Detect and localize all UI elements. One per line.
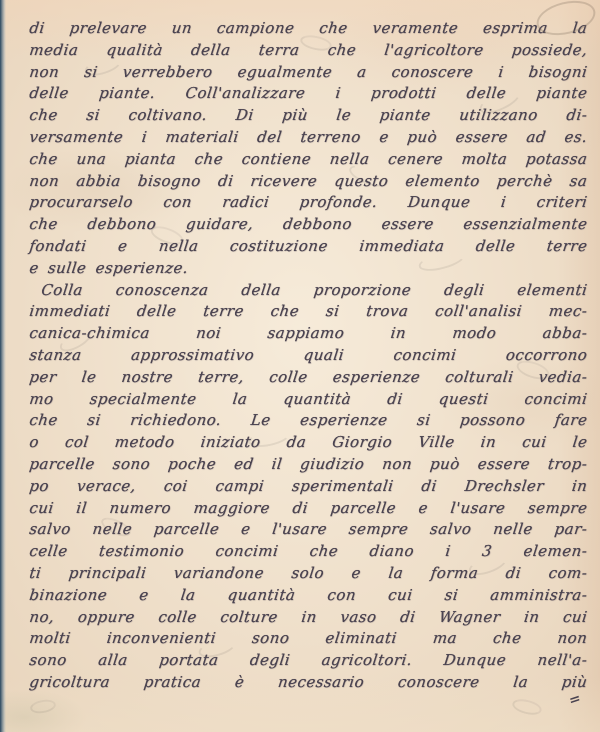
manuscript-line: che una pianta che contiene nella cenere…	[28, 149, 589, 171]
manuscript-line: mo specialmente la quantità di questi co…	[28, 389, 589, 411]
manuscript-line: stanza approssimativo quali concimi occo…	[28, 345, 589, 367]
manuscript-line: salvo nelle parcelle e l'usare sempre sa…	[28, 519, 589, 541]
manuscript-line: per le nostre terre, colle esperienze co…	[28, 367, 589, 389]
manuscript-line: po verace, coi campi sperimentali di Dre…	[28, 476, 589, 498]
book-edge	[0, 0, 6, 732]
manuscript-line: immediati delle terre che si trova coll'…	[28, 301, 589, 323]
manuscript-line: che debbono guidare, debbono essere esse…	[28, 214, 589, 236]
manuscript-line: o col metodo iniziato da Giorgio Ville i…	[28, 432, 589, 454]
manuscript-line: sono alla portata degli agricoltori. Dun…	[28, 650, 589, 672]
manuscript-line: di prelevare un campione che veramente e…	[28, 18, 589, 40]
manuscript-line: delle piante. Coll'analizzare i prodotti…	[28, 83, 589, 105]
manuscript-line: non si verrebbero egualmente a conoscere…	[28, 62, 589, 84]
manuscript-line: gricoltura pratica è necessario conoscer…	[28, 672, 589, 694]
manuscript-line: che si coltivano. Di più le piante utili…	[28, 105, 589, 127]
manuscript-line: versamente i materiali del terreno e può…	[28, 127, 589, 149]
manuscript-line: molti inconvenienti sono eliminati ma ch…	[28, 628, 589, 650]
manuscript-line: parcelle sono poche ed il giudizio non p…	[28, 454, 589, 476]
manuscript-line: media qualità della terra che l'agricolt…	[28, 40, 589, 62]
manuscript-line: canica-chimica noi sappiamo in modo abba…	[28, 323, 589, 345]
manuscript-line: non abbia bisogno di ricevere questo ele…	[28, 171, 589, 193]
manuscript-line: celle testimonio concimi che diano i 3 e…	[28, 541, 589, 563]
manuscript-line: Colla conoscenza della proporzione degli…	[28, 280, 589, 302]
manuscript-line: procurarselo con radici profonde. Dunque…	[28, 192, 589, 214]
manuscript-line: ti principali variandone solo e la forma…	[28, 563, 589, 585]
manuscript-page: di prelevare un campione che veramente e…	[0, 0, 600, 732]
manuscript-line: fondati e nella costituzione immediata d…	[28, 236, 589, 258]
manuscript-line: e sulle esperienze.	[28, 258, 589, 280]
manuscript-line: cui il numero maggiore di parcelle e l'u…	[28, 498, 589, 520]
manuscript-line: che si richiedono. Le esperienze si poss…	[28, 410, 589, 432]
manuscript-line: no, oppure colle colture in vaso di Wagn…	[28, 607, 589, 629]
manuscript-text: di prelevare un campione che veramente e…	[28, 18, 586, 694]
manuscript-line: binazione e la quantità con cui si ammin…	[28, 585, 589, 607]
